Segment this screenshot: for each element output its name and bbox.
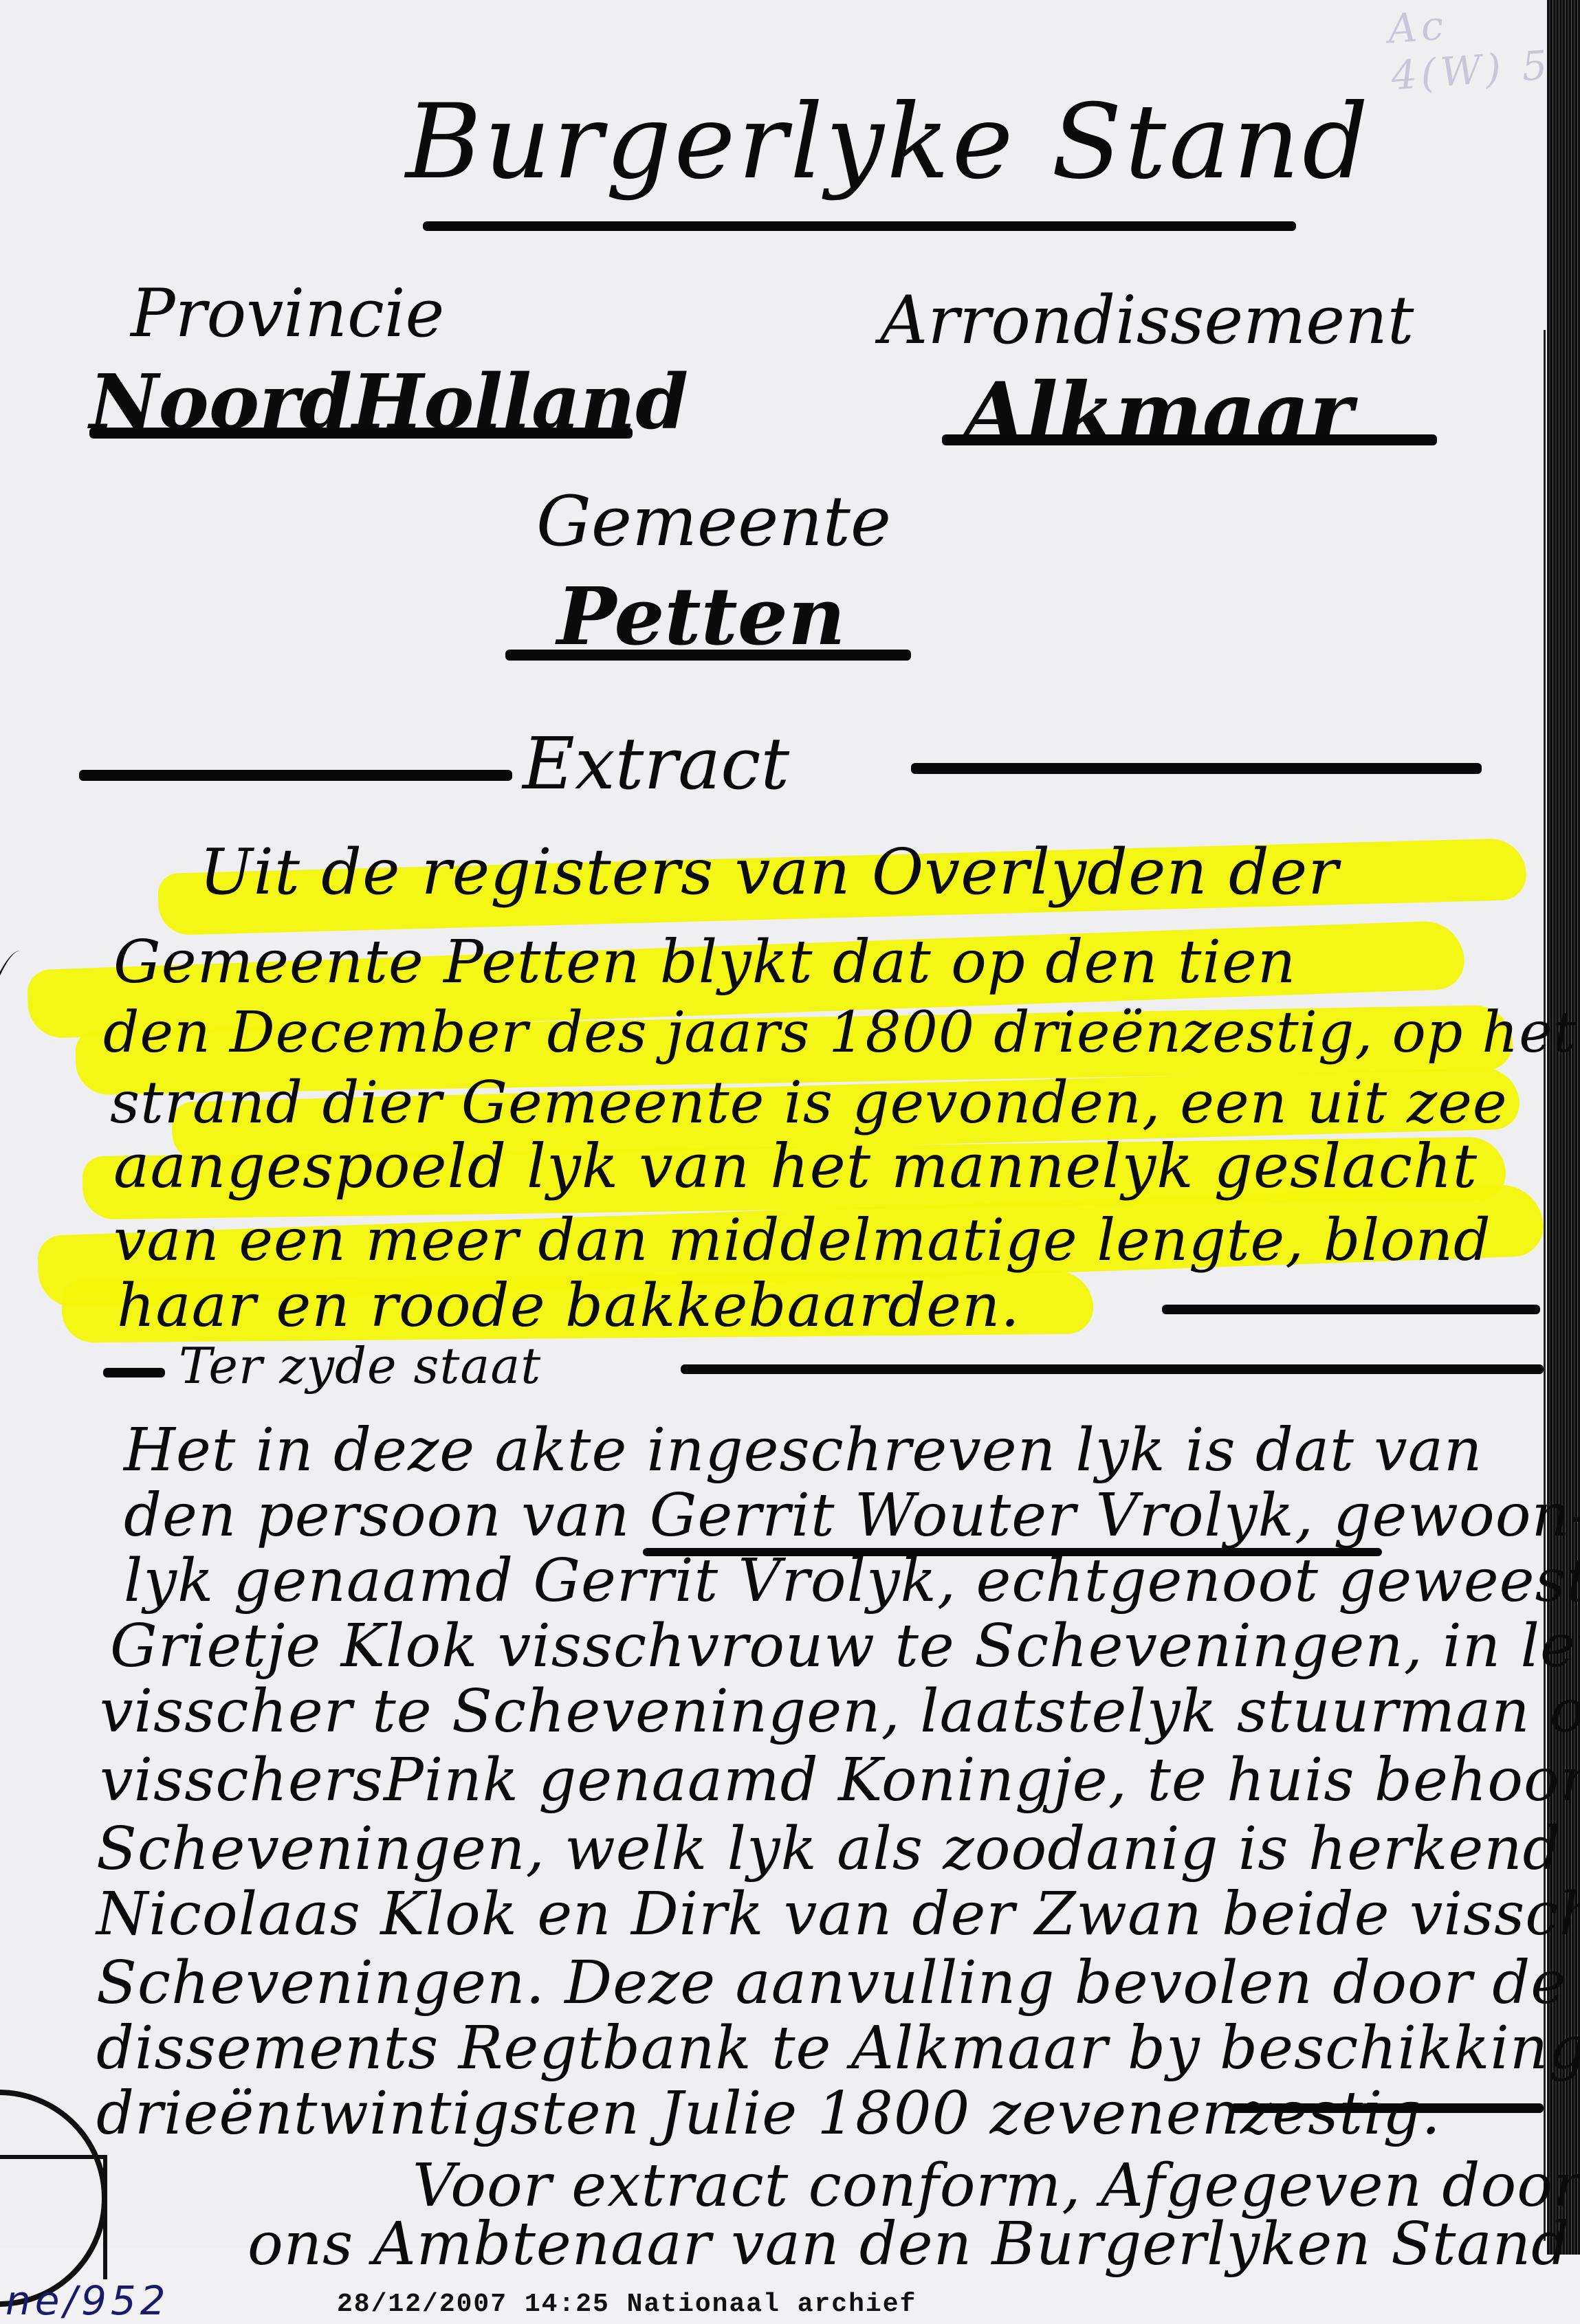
province-underline [89, 428, 633, 439]
annotation-line: Scheveningen, welk lyk als zoodanig is h… [96, 1815, 1580, 1883]
extract-line: Gemeente Petten blykt dat op den tien [113, 928, 1296, 997]
arrondissement-label: Arrondissement [880, 282, 1414, 359]
annotation-line: Scheveningen. Deze aanvulling bevolen do… [96, 1949, 1580, 2017]
margin-note-rule [681, 1364, 1544, 1374]
seal-frame [0, 2155, 107, 2279]
fax-timestamp: 28/12/2007 14:25 Nationaal archief [337, 2290, 917, 2319]
annotation-line: dissements Regtbank te Alkmaar by beschi… [96, 2014, 1580, 2083]
margin-note-heading: Ter zyde staat [179, 1337, 541, 1395]
annotation-line: visscher te Scheveningen, laatstelyk stu… [100, 1677, 1580, 1746]
extract-line: van een meer dan middelmatige lengte, bl… [113, 1206, 1491, 1274]
annotation-line: Grietje Klok visschvrouw te Scheveningen… [110, 1612, 1580, 1681]
arrondissement-value: Alkmaar [963, 364, 1353, 461]
extract-line: Uit de registers van Overlyden der [199, 835, 1339, 909]
annotation-end-rule [1231, 2103, 1544, 2113]
document-title: Burgerlyke Stand [406, 82, 1371, 202]
annotation-line: lyk genaamd Gerrit Vrolyk, echtgenoot ge… [124, 1547, 1580, 1615]
province-label: Provincie [131, 275, 444, 352]
section-heading: Extract [523, 722, 789, 806]
annotation-line: visschersPink genaamd Koningje, te huis … [100, 1746, 1580, 1815]
extract-line: haar en roode bakkebaarden. [117, 1272, 1020, 1340]
archive-reference: ne/952 [6, 2277, 170, 2324]
annotation-line: Het in deze akte ingeschreven lyk is dat… [124, 1416, 1482, 1485]
fax-footer: ne/952 28/12/2007 14:25 Nationaal archie… [0, 2286, 1580, 2324]
extract-line: strand dier Gemeente is gevonden, een ui… [110, 1069, 1508, 1136]
extract-line: aangespoeld lyk van het mannelyk geslach… [113, 1131, 1478, 1202]
gemeente-underline [505, 650, 911, 661]
annotation-line: drieëntwintigsten Julie 1800 zevenenzest… [96, 2079, 1441, 2148]
gemeente-label: Gemeente [536, 481, 891, 562]
arrondissement-underline [942, 434, 1437, 445]
title-underline [423, 221, 1296, 231]
annotation-line: den persoon van Gerrit Wouter Vrolyk, ge… [124, 1481, 1580, 1550]
extract-rule-right [911, 763, 1482, 774]
extract-rule-left [79, 770, 512, 781]
margin-note-dash [103, 1368, 165, 1377]
line-end-rule [1162, 1305, 1540, 1314]
closing-line: ons Ambtenaar van den Burgerlyken Stand … [248, 2210, 1580, 2279]
annotation-line: Nicolaas Klok en Dirk van der Zwan beide… [96, 1880, 1580, 1949]
extract-line: den December des jaars 1800 drieënzestig… [103, 1000, 1577, 1065]
faint-corner-note: Ac 4(W) 5 [1386, 0, 1556, 81]
